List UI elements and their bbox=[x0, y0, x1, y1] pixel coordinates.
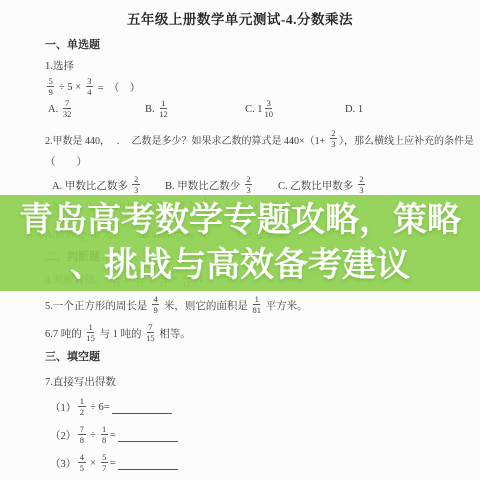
text: （3） bbox=[50, 456, 76, 471]
q1-option-b: B. 112 bbox=[145, 99, 245, 119]
text: 米，则它的面积是 bbox=[161, 298, 250, 313]
text: = bbox=[110, 430, 116, 441]
blank-line bbox=[118, 429, 178, 442]
worksheet-page: 五年级上册数学单元测试-4.分数乘法 一、单选题 1.选择 59 ÷ 5 × 3… bbox=[0, 0, 480, 480]
q1-option-d: D. 1 bbox=[345, 104, 363, 115]
section-heading-fill: 三、填空题 bbox=[45, 348, 100, 364]
text: 2.甲数是 440， bbox=[45, 132, 110, 147]
q1-option-c: C. 1310 bbox=[245, 99, 345, 119]
q2-text: 2.甲数是 440， ． 乙数是多少？如果求乙数的算式是 440×（1+ 23）… bbox=[45, 126, 474, 152]
fraction: 112 bbox=[159, 99, 168, 119]
text: = （ ） bbox=[95, 80, 140, 95]
q7-item-2: （2）78 ÷ 18= bbox=[50, 422, 180, 448]
text: C. 1 bbox=[245, 104, 263, 115]
overlay-title-line1: 青岛高考数学专题攻略，策略 bbox=[19, 198, 461, 243]
text: 5.一个正方形的周长是 bbox=[45, 298, 150, 313]
q5-text: 5.一个正方形的周长是 49 米，则它的面积是 181 平方米。 bbox=[45, 292, 308, 318]
fraction: 310 bbox=[265, 99, 274, 119]
fraction: 12 bbox=[78, 397, 85, 417]
text: （2） bbox=[50, 428, 76, 443]
fraction: 23 bbox=[358, 175, 365, 195]
text: C. 乙数比甲数多 bbox=[278, 178, 356, 193]
text: ÷ 6= bbox=[88, 402, 110, 413]
text: 平方米。 bbox=[263, 298, 308, 313]
text: A. bbox=[48, 104, 61, 115]
fraction: 49 bbox=[152, 295, 159, 315]
text: × bbox=[88, 458, 99, 469]
text: ÷ 5 × bbox=[56, 82, 83, 93]
blank-line bbox=[112, 401, 172, 414]
overlay-title-line2: 、挑战与高效备考建议 bbox=[70, 243, 410, 288]
fraction: 181 bbox=[253, 295, 262, 315]
q1-options-row: A. 732 B. 112 C. 1310 D. 1 bbox=[48, 96, 363, 122]
fraction: 732 bbox=[63, 99, 72, 119]
q6-text: 6.7 吨的 115 与 1 吨的 715 相等。 bbox=[45, 320, 191, 346]
text: B. 甲数比乙数少 bbox=[165, 178, 243, 193]
q7-item-1: （1）12 ÷ 6= bbox=[50, 394, 174, 420]
text: ÷ bbox=[88, 430, 99, 441]
text: ），那么横线上应补充的条件是 bbox=[339, 132, 474, 147]
fraction: 34 bbox=[86, 77, 93, 97]
text: （1） bbox=[50, 400, 76, 415]
document-title: 五年级上册数学单元测试-4.分数乘法 bbox=[0, 8, 480, 28]
fraction: 715 bbox=[146, 323, 155, 343]
fraction: 45 bbox=[78, 453, 85, 473]
q7-item-3: （3）45 × 57= bbox=[50, 450, 180, 476]
promo-overlay: 青岛高考数学专题攻略，策略 、挑战与高效备考建议 bbox=[0, 195, 480, 291]
fraction: 18 bbox=[101, 425, 108, 445]
fraction: 59 bbox=[47, 77, 54, 97]
text: 6.7 吨的 bbox=[45, 326, 84, 341]
text: B. bbox=[145, 104, 157, 115]
fraction: 115 bbox=[86, 323, 95, 343]
fraction: 23 bbox=[330, 129, 337, 149]
text: A. 甲数比乙数多 bbox=[52, 178, 130, 193]
section-heading-choice: 一、单选题 bbox=[45, 36, 100, 52]
text: ． 乙数是多少？如果求乙数的算式是 440×（1+ bbox=[114, 132, 328, 147]
text: 相等。 bbox=[157, 326, 191, 341]
q1-option-a: A. 732 bbox=[48, 99, 145, 119]
q1-label: 1.选择 bbox=[45, 58, 74, 73]
blank-line bbox=[118, 457, 178, 470]
text: D. 1 bbox=[345, 104, 363, 115]
text: = bbox=[110, 458, 116, 469]
fraction: 57 bbox=[101, 453, 108, 473]
fraction: 78 bbox=[78, 425, 85, 445]
text: 与 1 吨的 bbox=[97, 326, 144, 341]
q2-paren: （ ） bbox=[45, 154, 87, 169]
q7-label: 7.直接写出得数 bbox=[45, 374, 116, 389]
